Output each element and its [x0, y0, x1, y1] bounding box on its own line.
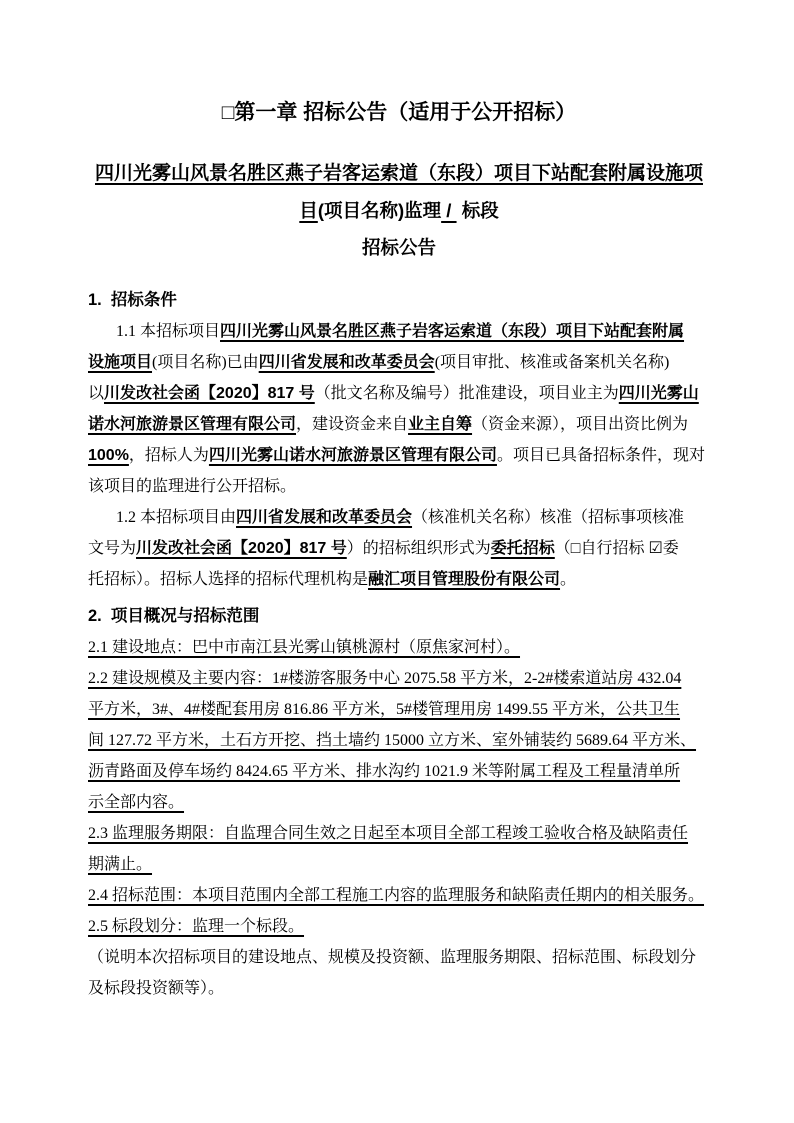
text-run: 四川光雾山 [619, 385, 699, 402]
para-1-2-line-2: 文号为川发改社会函【2020】817 号）的招标组织形式为委托招标（□自行招标 … [88, 533, 710, 564]
para-2-2-line-2: 平方米，3#、4#楼配套用房 816.86 平方米，5#楼管理用房 1499.5… [88, 694, 710, 725]
text-run: 及标段投资额等）。 [88, 980, 224, 997]
text-run: 平方米，3#、4#楼配套用房 816.86 平方米，5#楼管理用房 1499.5… [88, 701, 680, 718]
chapter-title: □第一章 招标公告（适用于公开招标） [88, 96, 710, 130]
para-2-4: 2.4 招标范围：本项目范围内全部工程施工内容的监理服务和缺陷责任期内的相关服务… [88, 880, 710, 911]
announcement-subtitle: 招标公告 [88, 229, 710, 266]
text-run: ，招标人为 [129, 447, 209, 464]
para-2-2-line-4: 沥青路面及停车场约 8424.65 平方米、排水沟约 1021.9 米等附属工程… [88, 756, 710, 787]
project-title-line1: 四川光雾山风景名胜区燕子岩客运索道（东段）项目下站配套附属设施项 [88, 155, 710, 192]
text-run: (项目名称)已由 [152, 354, 259, 371]
text-run: （□自行招标 ☑委 [555, 540, 679, 557]
text-run: 四川光雾山风景名胜区燕子岩客运索道（东段）项目下站配套附属 [220, 323, 684, 340]
text-run: 标段 [457, 200, 499, 221]
text-run: （说明本次招标项目的建设地点、规模及投资额、监理服务期限、招标范围、标段划分 [88, 949, 696, 966]
project-title-line1-text: 四川光雾山风景名胜区燕子岩客运索道（东段）项目下站配套附属设施项 [95, 163, 703, 184]
text-run: 示全部内容。 [88, 794, 184, 811]
text-run: 沥青路面及停车场约 8424.65 平方米、排水沟约 1021.9 米等附属工程… [88, 763, 680, 780]
text-run: 川发改社会函【2020】817 号 [136, 540, 347, 557]
text-run: 2.4 招标范围：本项目范围内全部工程施工内容的监理服务和缺陷责任期内的相关服务… [88, 887, 704, 904]
text-run: 2.2 建设规模及主要内容：1#楼游客服务中心 2075.58 平方米，2-2#… [88, 670, 681, 687]
para-1-1-line-4: 诺水河旅游景区管理有限公司，建设资金来自业主自筹（资金来源），项目出资比例为 [88, 409, 710, 440]
para-1-1-line-2: 设施项目(项目名称)已由四川省发展和改革委员会(项目审批、核准或备案机关名称) [88, 347, 710, 378]
text-run: (项目审批、核准或备案机关名称) [435, 354, 670, 371]
text-run: 。 [560, 571, 576, 588]
text-run: （批文名称及编号）批准建设，项目业主为 [315, 385, 619, 402]
text-run: 1.2 本招标项目由 [116, 509, 236, 526]
text-run: 文号为 [88, 540, 136, 557]
text-run: 川发改社会函【2020】817 号 [104, 385, 315, 402]
text-run: ）的招标组织形式为 [347, 540, 491, 557]
text-run: 诺水河旅游景区管理有限公司 [88, 416, 296, 433]
text-run: 2.5 标段划分：监理一个标段。 [88, 918, 304, 935]
text-run: 四川光雾山诺水河旅游景区管理有限公司 [209, 447, 497, 464]
para-2-5: 2.5 标段划分：监理一个标段。 [88, 911, 710, 942]
text-run: 1.1 本招标项目 [116, 323, 220, 340]
text-run: （核准机关名称）核准（招标事项核准 [412, 509, 684, 526]
text-run: 1. 招标条件 [88, 291, 177, 309]
text-run: 期满止。 [88, 856, 152, 873]
note-line-1: （说明本次招标项目的建设地点、规模及投资额、监理服务期限、招标范围、标段划分 [88, 942, 710, 973]
document-body: 1. 招标条件1.1 本招标项目四川光雾山风景名胜区燕子岩客运索道（东段）项目下… [88, 285, 710, 1004]
text-run: ，建设资金来自 [296, 416, 408, 433]
para-1-1-line-1: 1.1 本招标项目四川光雾山风景名胜区燕子岩客运索道（东段）项目下站配套附属 [88, 316, 710, 347]
text-run: 设施项目 [88, 354, 152, 371]
para-1-1-line-3: 以川发改社会函【2020】817 号（批文名称及编号）批准建设，项目业主为四川光… [88, 378, 710, 409]
text-run: 托招标）。招标人选择的招标代理机构是 [88, 571, 368, 588]
text-run: 目 [299, 200, 318, 221]
section-1-heading: 1. 招标条件 [88, 285, 710, 316]
para-2-3-line-1: 2.3 监理服务期限：自监理合同生效之日起至本项目全部工程竣工验收合格及缺陷责任 [88, 818, 710, 849]
text-run: / [441, 200, 456, 221]
text-run: 委托招标 [491, 540, 555, 557]
text-run: 四川省发展和改革委员会 [236, 509, 412, 526]
text-run: 间 127.72 平方米，土石方开挖、挡土墙约 15000 立方米、室外铺装约 … [88, 732, 696, 749]
text-run: 融汇项目管理股份有限公司 [368, 571, 560, 588]
para-1-2-line-1: 1.2 本招标项目由四川省发展和改革委员会（核准机关名称）核准（招标事项核准 [88, 502, 710, 533]
para-1-1-line-6: 该项目的监理进行公开招标。 [88, 471, 710, 502]
text-run: 以 [88, 385, 104, 402]
project-title-line2: 目(项目名称)监理 / 标段 [88, 192, 710, 229]
text-run: 2.3 监理服务期限：自监理合同生效之日起至本项目全部工程竣工验收合格及缺陷责任 [88, 825, 688, 842]
note-line-2: 及标段投资额等）。 [88, 973, 710, 1004]
section-2-heading: 2. 项目概况与招标范围 [88, 601, 710, 632]
text-run: （资金来源），项目出资比例为 [472, 416, 688, 433]
text-run: 。项目已具备招标条件，现对 [497, 447, 705, 464]
text-run: 业主自筹 [408, 416, 472, 433]
para-1-1-line-5: 100%，招标人为四川光雾山诺水河旅游景区管理有限公司。项目已具备招标条件，现对 [88, 440, 710, 471]
para-2-2-line-3: 间 127.72 平方米，土石方开挖、挡土墙约 15000 立方米、室外铺装约 … [88, 725, 710, 756]
text-run: 2.1 建设地点：巴中市南江县光雾山镇桃源村（原焦家河村）。 [88, 639, 520, 656]
para-2-1: 2.1 建设地点：巴中市南江县光雾山镇桃源村（原焦家河村）。 [88, 632, 710, 663]
page: □第一章 招标公告（适用于公开招标） 四川光雾山风景名胜区燕子岩客运索道（东段）… [0, 0, 794, 1123]
text-run: 100% [88, 447, 129, 464]
para-1-2-line-3: 托招标）。招标人选择的招标代理机构是融汇项目管理股份有限公司。 [88, 564, 710, 595]
text-run: 该项目的监理进行公开招标。 [88, 478, 296, 495]
para-2-2-line-5: 示全部内容。 [88, 787, 710, 818]
text-run: (项目名称)监理 [318, 200, 441, 221]
text-run: 四川省发展和改革委员会 [259, 354, 435, 371]
para-2-2-line-1: 2.2 建设规模及主要内容：1#楼游客服务中心 2075.58 平方米，2-2#… [88, 663, 710, 694]
para-2-3-line-2: 期满止。 [88, 849, 710, 880]
text-run: 2. 项目概况与招标范围 [88, 607, 259, 625]
